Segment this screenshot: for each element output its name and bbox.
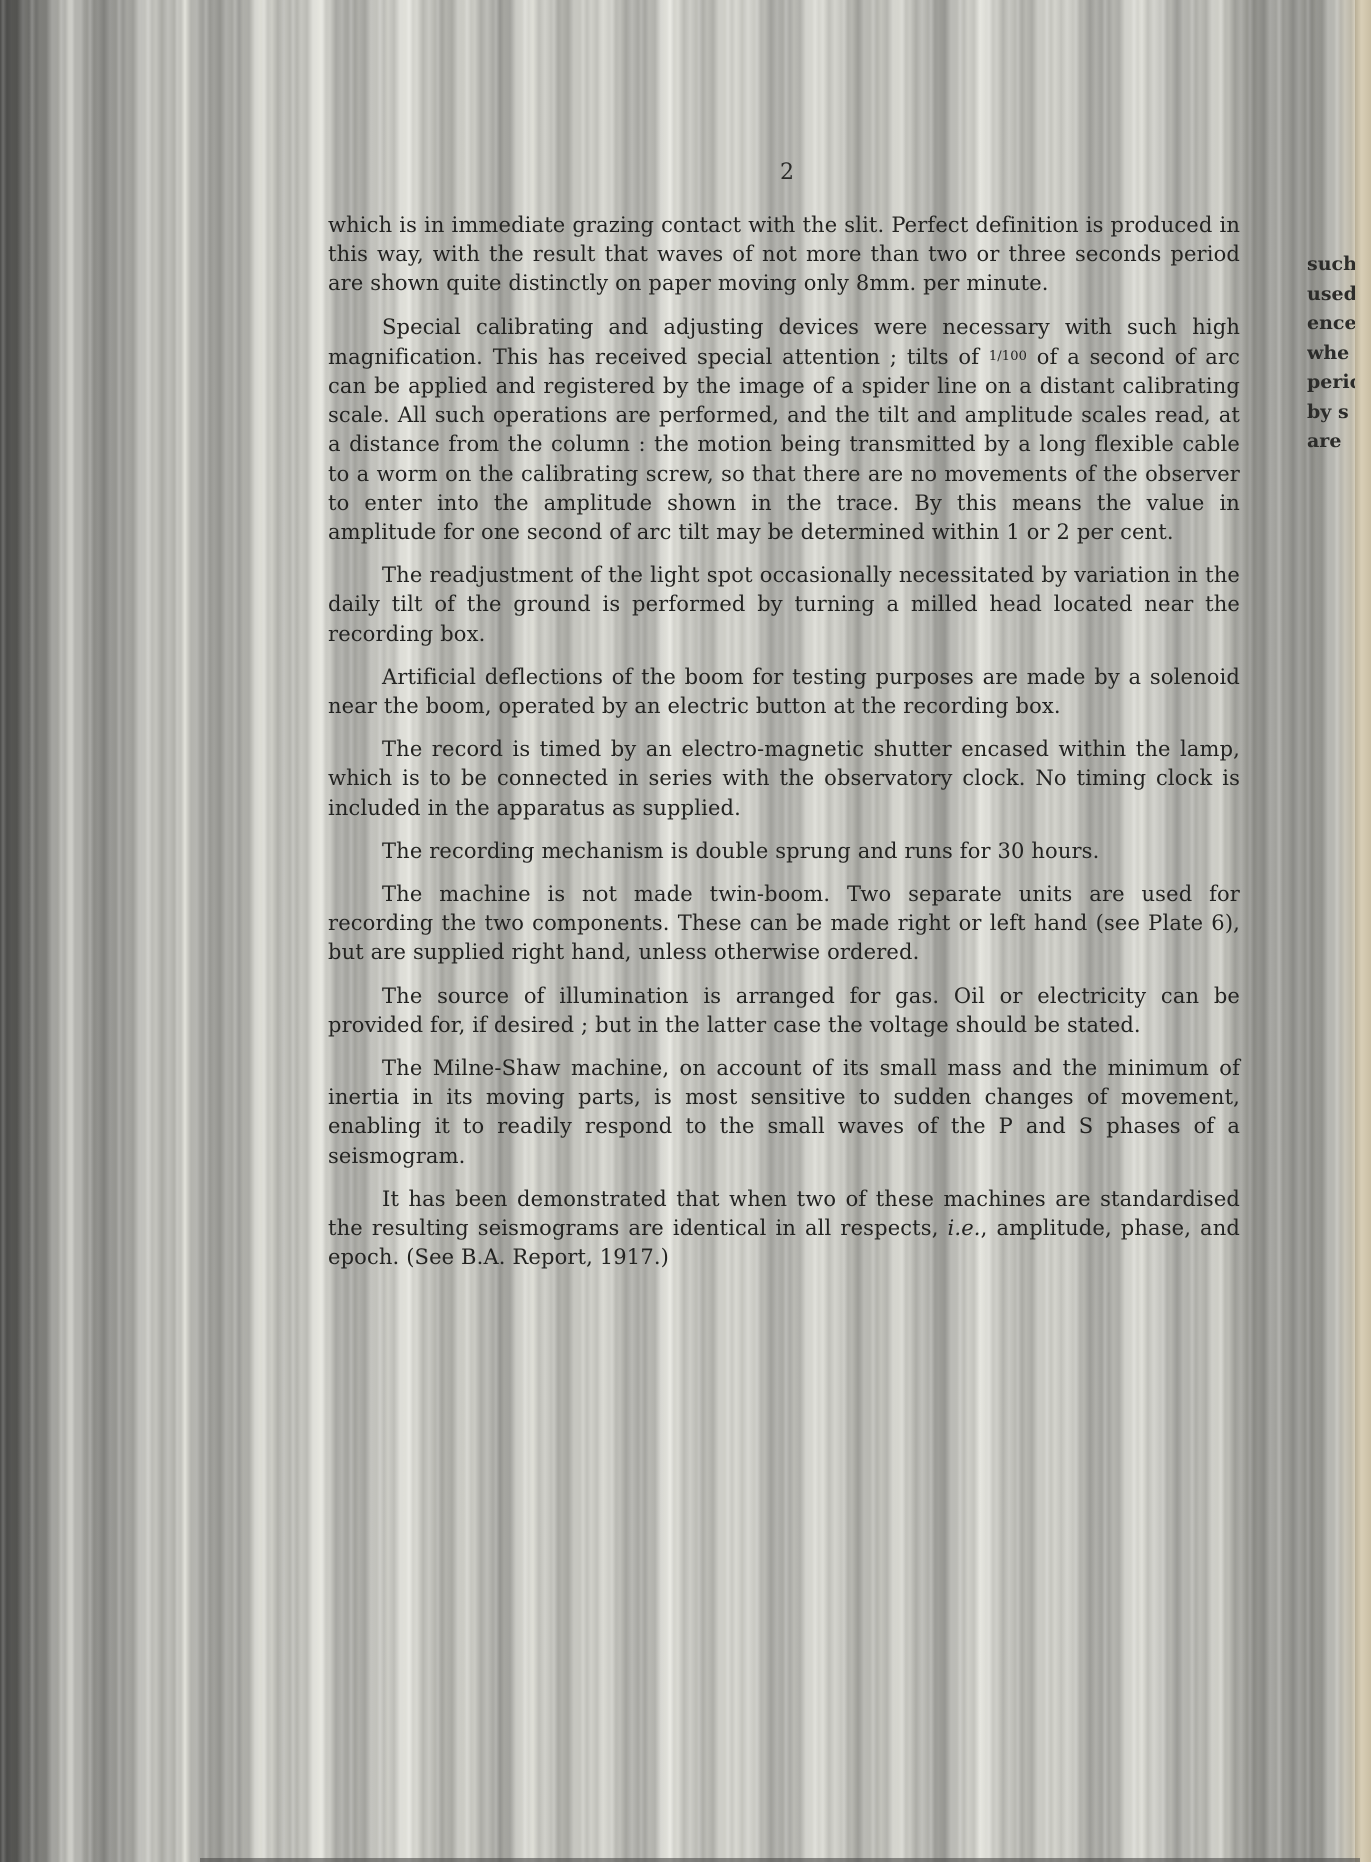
adjacent-page-fragment: such used ence whe peric by s are [1307,250,1355,457]
paragraph-text: of a second of arc can be applied and re… [328,345,1240,544]
page-number: 2 [780,160,794,185]
paragraph-record-timing: The record is timed by an electro-magnet… [328,735,1240,823]
paragraph-calibrating-devices: Special calibrating and adjusting device… [328,313,1240,548]
paragraph-light-spot-readjustment: The readjustment of the light spot occas… [328,561,1240,649]
bottom-page-edge [200,1858,1360,1862]
fragment-line: are [1307,427,1355,457]
fragment-line: such [1307,250,1355,280]
fragment-line: ence [1307,309,1355,339]
body-text: which is in immediate grazing contact wi… [328,211,1240,1287]
paragraph-recording-mechanism: The recording mechanism is double sprung… [328,837,1240,866]
fragment-line: peric [1307,368,1355,398]
fraction-one-hundredth: 1/100 [989,349,1027,364]
paragraph-artificial-deflections: Artificial deflections of the boom for t… [328,663,1240,721]
paragraph-standardised-seismograms: It has been demonstrated that when two o… [328,1185,1240,1273]
page-edge [1355,0,1371,1862]
paragraph-twin-boom: The machine is not made twin-boom. Two s… [328,880,1240,968]
fragment-line: whe [1307,339,1355,369]
paragraph-milne-shaw-sensitivity: The Milne-Shaw machine, on account of it… [328,1054,1240,1171]
italic-ie: i.e. [948,1216,981,1240]
paragraph-slit-definition: which is in immediate grazing contact wi… [328,211,1240,299]
paragraph-illumination: The source of illumination is arranged f… [328,982,1240,1040]
scanned-page: 2 which is in immediate grazing contact … [0,0,1371,1862]
fragment-line: used [1307,280,1355,310]
fragment-line: by s [1307,398,1355,428]
